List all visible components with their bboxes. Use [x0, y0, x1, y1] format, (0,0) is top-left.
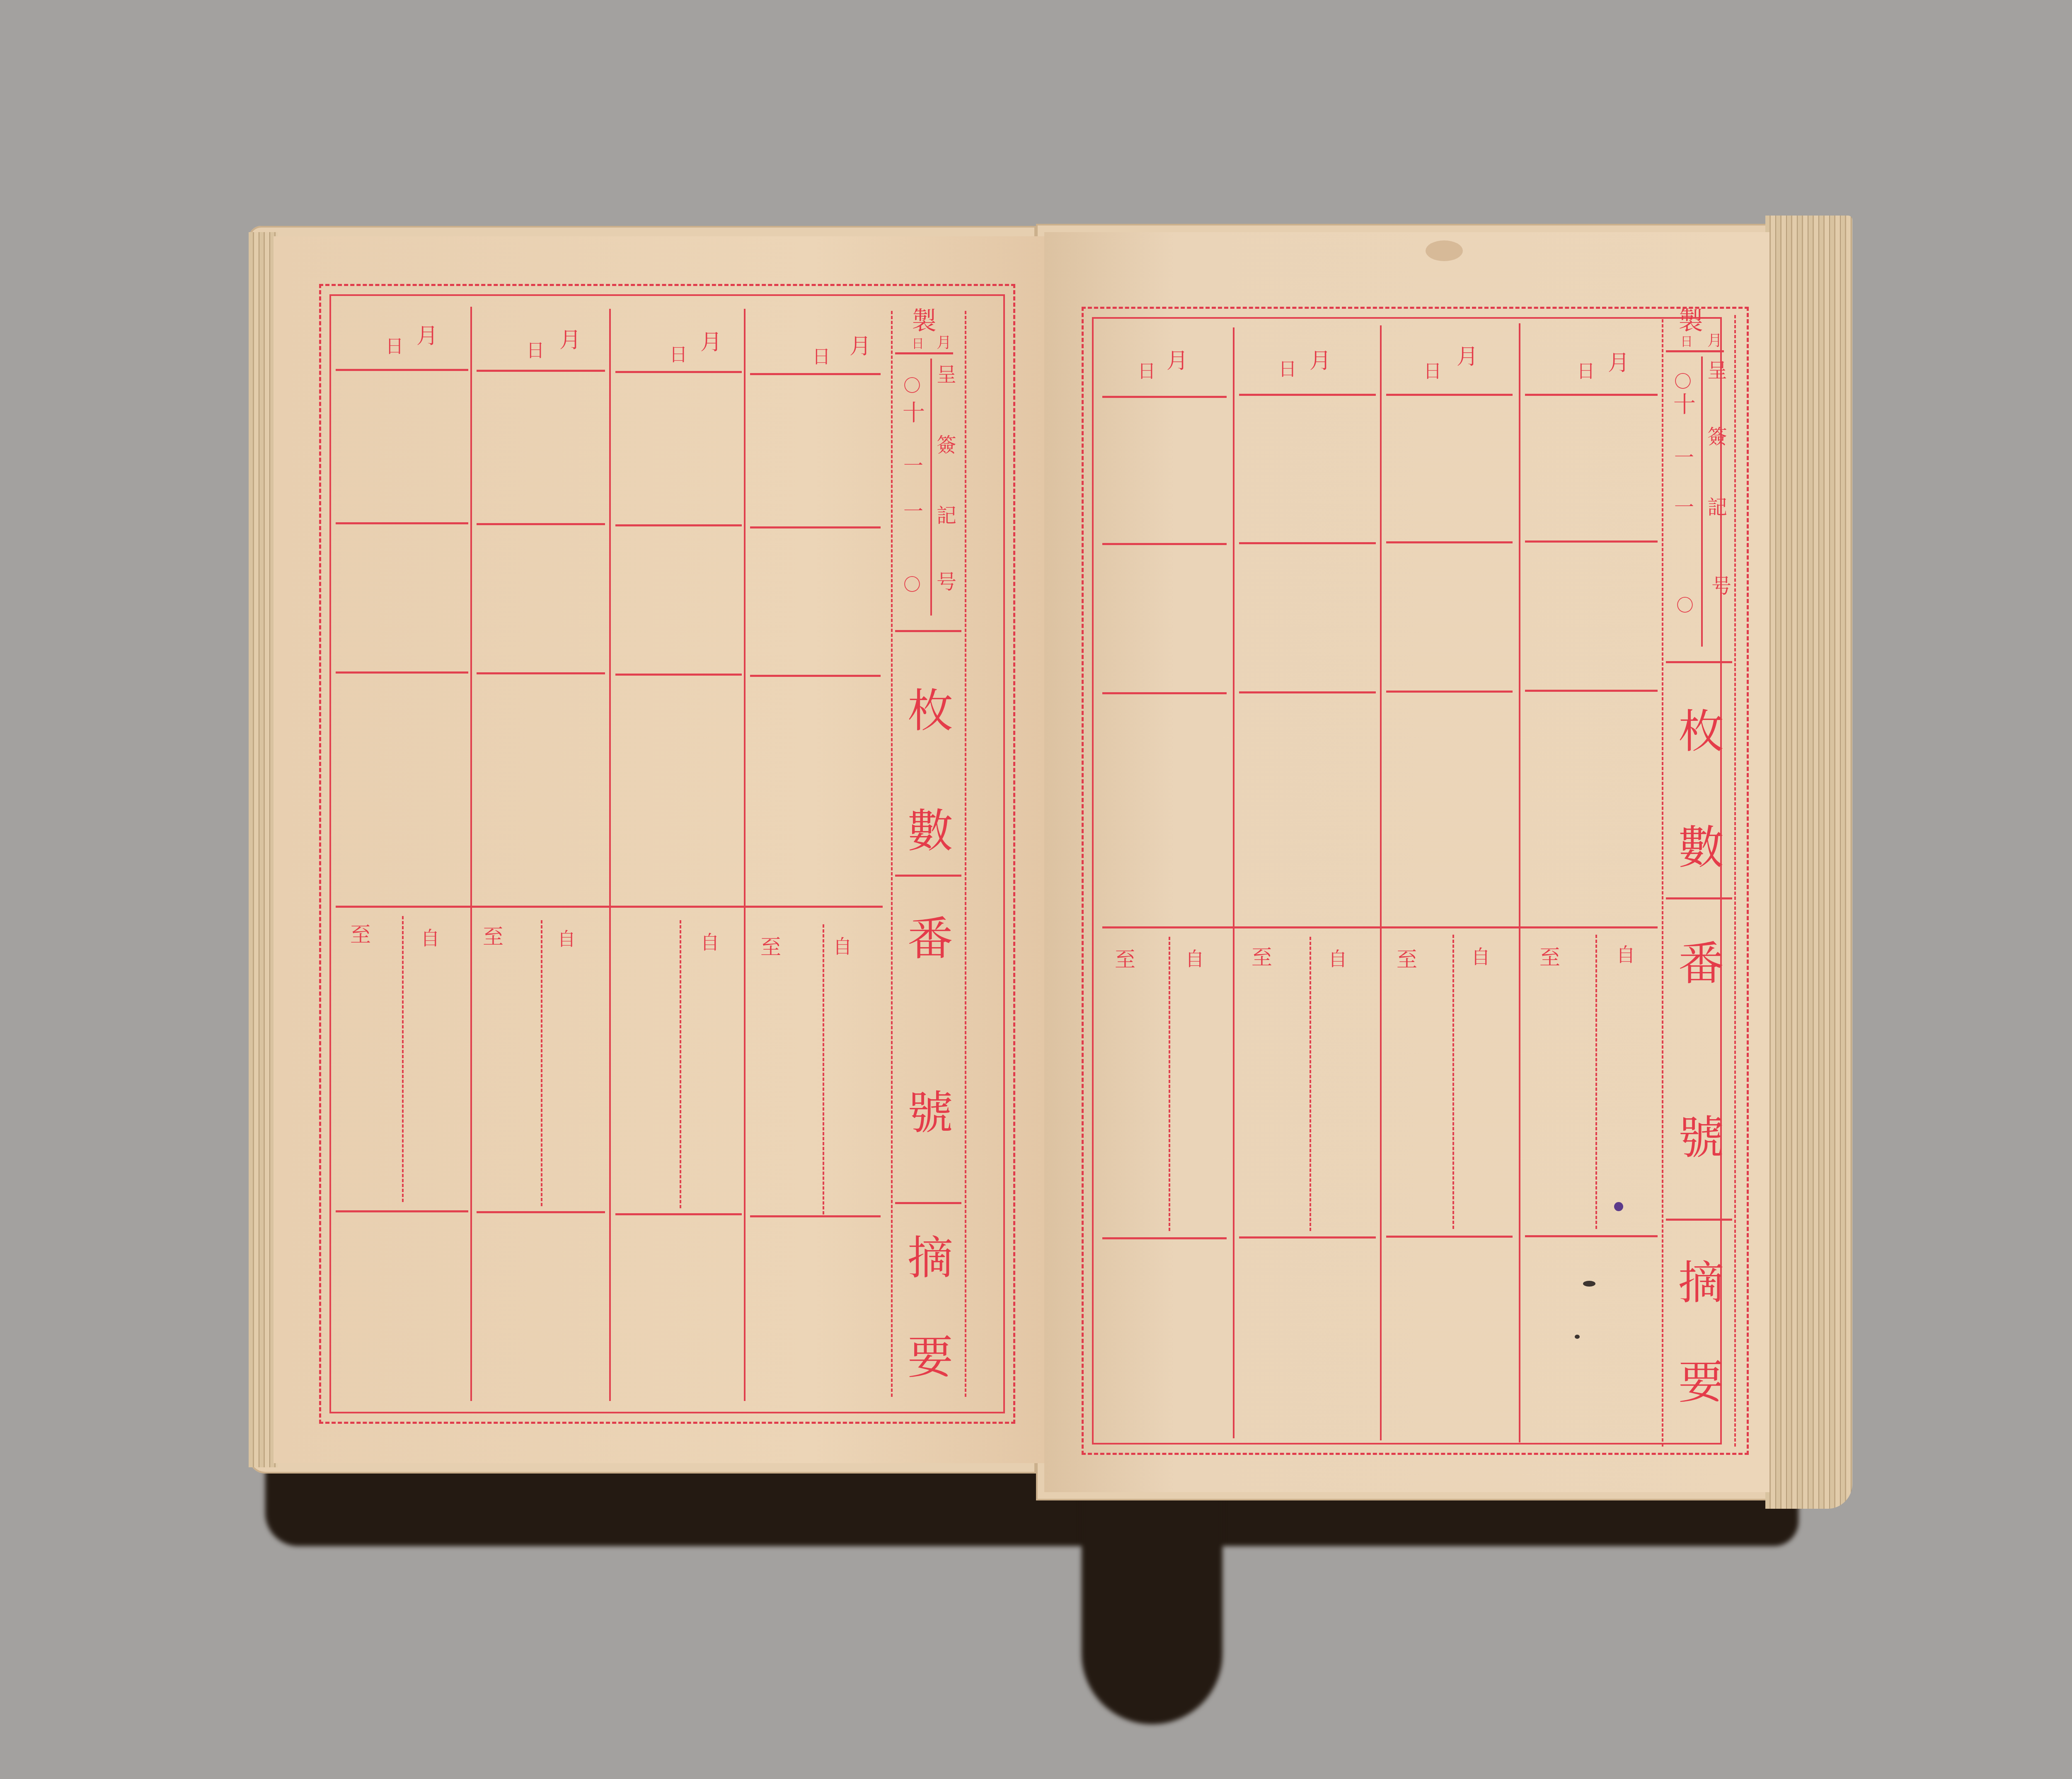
summary-label-char: 要: [1678, 1360, 1724, 1405]
left-row-rule: [477, 523, 605, 525]
left-col-divider: [609, 309, 611, 1401]
right-page: 月 日 月 日 月 日 月 日 至 自 至 自 至 自 至 自 製 月 日 呈 …: [1044, 232, 1769, 1492]
left-total-rule: [336, 1210, 468, 1212]
right-total-rule: [1239, 1236, 1376, 1239]
sign-label-char: 記: [937, 506, 956, 526]
range-to-label: 至: [1251, 947, 1272, 968]
range-mark: 〇: [903, 377, 921, 395]
range-mark: 十: [903, 402, 925, 424]
number-label-char: 番: [1678, 941, 1724, 986]
sign-label-char: 簽: [1707, 427, 1727, 447]
right-range-divider: [1595, 935, 1597, 1229]
left-total-rule: [750, 1215, 881, 1217]
range-mark: 一: [1674, 448, 1694, 468]
count-label-char: 枚: [1678, 709, 1724, 754]
left-row-rule: [750, 675, 881, 677]
summary-label-char: 摘: [1678, 1260, 1724, 1306]
left-date-rule: [615, 371, 742, 373]
sign-label-char: 呈: [937, 365, 956, 385]
right-inner-frame: [1092, 317, 1722, 1445]
range-mark: 一: [903, 456, 923, 476]
left-col-divider: [470, 307, 472, 1401]
sign-label-char: 号: [937, 572, 956, 592]
left-col-divider: [744, 309, 746, 1401]
made-day-label: 日: [1680, 336, 1693, 348]
date-month-label: 月: [1167, 350, 1188, 372]
left-range-divider: [402, 916, 404, 1202]
range-mark: 十: [1673, 394, 1696, 416]
range-to-label: 至: [350, 924, 371, 945]
right-row-rule: [1102, 692, 1227, 694]
range-to-label: 至: [1397, 949, 1417, 970]
right-total-rule: [1386, 1236, 1513, 1238]
range-from-label: 自: [557, 931, 576, 949]
right-range-divider: [1310, 937, 1311, 1231]
right-date-rule: [1525, 394, 1658, 396]
range-mark: 〇: [903, 576, 921, 594]
left-total-rule: [477, 1211, 605, 1213]
right-label-rule: [1666, 1219, 1732, 1221]
date-day-label: 日: [669, 346, 687, 364]
left-range-divider: [541, 920, 542, 1206]
right-date-rule: [1386, 394, 1513, 396]
left-label-rule: [895, 1202, 961, 1204]
right-row-rule: [1239, 542, 1376, 544]
range-mark: 一: [1674, 497, 1694, 517]
right-row-rule: [1239, 691, 1376, 693]
right-col-divider: [1233, 327, 1234, 1438]
right-page-edges: [1765, 216, 1852, 1509]
number-label-char: 號: [908, 1090, 953, 1136]
sign-label-char: 号: [1711, 576, 1731, 596]
foxing-stain: [1426, 240, 1463, 261]
range-mark: 一: [903, 502, 923, 521]
range-from-label: 自: [700, 933, 719, 952]
date-month-label: 月: [1310, 350, 1331, 372]
summary-label-char: 要: [908, 1335, 953, 1380]
left-label-rule: [895, 352, 953, 354]
ink-stain: [1583, 1281, 1595, 1287]
date-day-label: 日: [526, 342, 545, 360]
range-from-label: 自: [1185, 949, 1204, 968]
left-range-divider: [680, 920, 681, 1208]
left-total-rule: [615, 1213, 742, 1215]
left-date-rule: [750, 373, 881, 375]
range-to-label: 至: [483, 926, 503, 947]
number-label-char: 號: [1678, 1115, 1724, 1161]
date-day-label: 日: [812, 348, 830, 366]
count-label-char: 枚: [908, 688, 953, 734]
book-shadow-tab: [1082, 1492, 1222, 1724]
right-label-col-inner: [1734, 315, 1736, 1447]
range-to-label: 至: [760, 937, 781, 957]
made-label: 製: [912, 309, 937, 334]
right-date-rule: [1239, 394, 1376, 396]
range-from-label: 自: [1328, 949, 1347, 968]
ink-stain: [1614, 1202, 1623, 1211]
right-row-rule: [1386, 541, 1513, 543]
date-day-label: 日: [1278, 361, 1297, 379]
right-label-col-divider: [1662, 319, 1663, 1447]
left-row-rule: [336, 671, 468, 674]
date-day-label: 日: [1423, 363, 1442, 381]
left-range-rule: [336, 906, 883, 908]
left-date-rule: [336, 369, 468, 371]
left-date-rule: [477, 370, 605, 372]
date-month-label: 月: [416, 325, 438, 347]
date-day-label: 日: [1577, 363, 1595, 381]
right-total-rule: [1102, 1237, 1227, 1239]
left-label-col-inner: [965, 311, 966, 1397]
summary-label-char: 摘: [908, 1235, 953, 1281]
range-to-label: 至: [1115, 949, 1135, 970]
left-page: 月 日 月 日 月 日 月 日 至 自 至 自 自 至 自 製 月 日 呈 簽 …: [274, 236, 1044, 1463]
left-row-rule: [750, 526, 881, 528]
range-from-label: 自: [421, 928, 440, 948]
right-col-divider: [1380, 325, 1382, 1440]
left-label-rule: [895, 630, 961, 632]
date-month-label: 月: [1457, 346, 1478, 368]
range-from-label: 自: [1616, 945, 1635, 964]
left-label-rule: [895, 875, 961, 877]
number-label-char: 番: [908, 916, 953, 962]
range-from-label: 自: [1471, 947, 1490, 966]
right-row-rule: [1386, 691, 1513, 693]
right-label-rule: [1666, 897, 1732, 899]
right-row-rule: [1525, 540, 1658, 543]
left-row-rule: [336, 522, 468, 524]
range-mark: 〇: [1674, 373, 1692, 390]
made-month-label: 月: [937, 336, 951, 351]
count-label-char: 數: [1678, 825, 1724, 870]
date-month-label: 月: [1608, 352, 1629, 374]
right-label-rule: [1666, 661, 1732, 663]
right-sign-divider: [1701, 356, 1703, 647]
left-sign-divider: [930, 359, 932, 616]
right-range-divider: [1452, 935, 1454, 1229]
range-mark: 〇: [1676, 597, 1694, 614]
left-range-divider: [823, 924, 824, 1214]
right-range-rule: [1102, 926, 1658, 928]
date-month-label: 月: [559, 330, 581, 351]
sign-label-char: 呈: [1707, 361, 1727, 381]
right-date-rule: [1102, 396, 1227, 398]
sign-label-char: 記: [1707, 497, 1727, 517]
made-month-label: 月: [1707, 334, 1722, 349]
left-row-rule: [615, 524, 742, 526]
range-from-label: 自: [833, 937, 852, 956]
made-day-label: 日: [912, 338, 924, 350]
right-col-divider: [1519, 323, 1520, 1442]
right-label-rule: [1666, 350, 1724, 352]
date-month-label: 月: [700, 332, 722, 353]
right-total-rule: [1525, 1235, 1658, 1237]
ink-stain: [1575, 1335, 1580, 1339]
left-row-rule: [477, 672, 605, 674]
right-row-rule: [1525, 690, 1658, 692]
right-range-divider: [1169, 937, 1170, 1231]
right-row-rule: [1102, 543, 1227, 545]
date-day-label: 日: [385, 338, 404, 356]
range-to-label: 至: [1539, 947, 1560, 968]
left-label-col-divider: [891, 311, 893, 1397]
count-label-char: 數: [908, 808, 953, 854]
date-month-label: 月: [850, 336, 871, 357]
date-day-label: 日: [1138, 363, 1156, 381]
left-row-rule: [615, 674, 742, 676]
made-label: 製: [1678, 309, 1703, 334]
sign-label-char: 簽: [937, 435, 956, 455]
